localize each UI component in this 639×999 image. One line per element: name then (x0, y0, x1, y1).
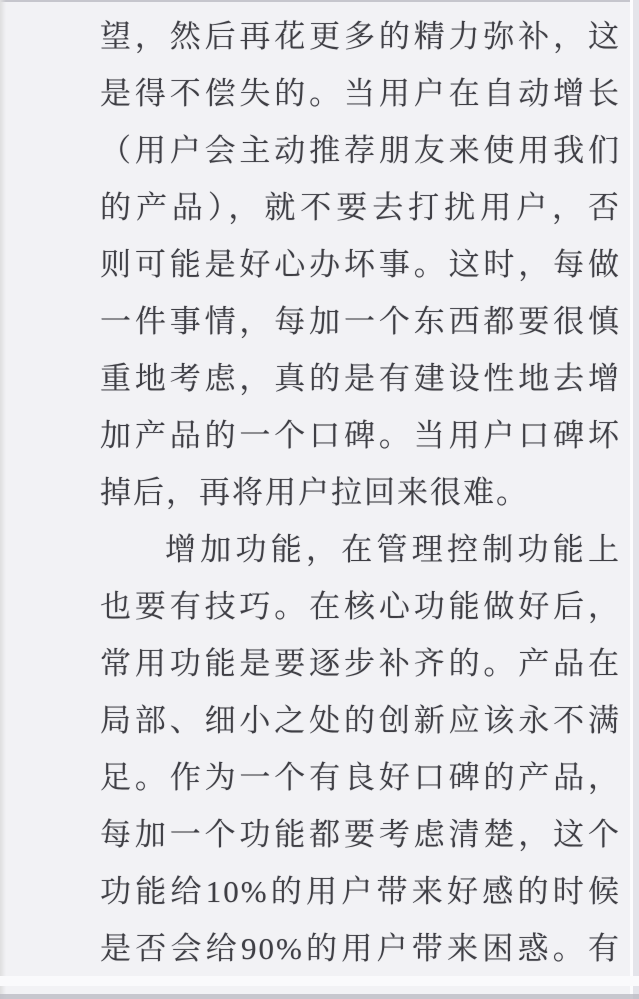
page-edge-bottom (0, 994, 639, 999)
text-line: 每加一个功能都要考虑清楚，这个 (100, 806, 621, 863)
text-line: 是否会给90%的用户带来困惑。有 (100, 920, 621, 977)
text-line: 掉后，再将用户拉回来很难。 (100, 464, 621, 521)
text-line: 重地考虑，真的是有建设性地去增 (100, 350, 621, 407)
text-line: 是得不偿失的。当用户在自动增长 (100, 65, 621, 122)
text-line: 加产品的一个口碑。当用户口碑坏 (100, 407, 621, 464)
text-line: 的产品），就不要去打扰用户，否 (100, 179, 621, 236)
text-line: 常用功能是要逐步补齐的。产品在 (100, 635, 621, 692)
page-edge-bottom-highlight (0, 976, 639, 986)
text-line: （用户会主动推荐朋友来使用我们 (100, 122, 621, 179)
page-edge-top (0, 0, 639, 2)
text-line: 足。作为一个有良好口碑的产品， (100, 749, 621, 806)
page-edge-left (0, 0, 6, 999)
text-line: 增加功能，在管理控制功能上 (100, 521, 621, 578)
text-line: 也要有技巧。在核心功能做好后， (100, 578, 621, 635)
page-edge-right (633, 0, 639, 999)
book-page-photo: { "page": { "background": "#f2f2f5", "te… (0, 0, 639, 999)
text-line: 望，然后再花更多的精力弥补，这 (100, 8, 621, 65)
text-line: 一件事情，每加一个东西都要很慎 (100, 293, 621, 350)
text-line: 功能给10%的用户带来好感的时候 (100, 863, 621, 920)
text-line: 局部、细小之处的创新应该永不满 (100, 692, 621, 749)
page-text: 望，然后再花更多的精力弥补，这是得不偿失的。当用户在自动增长（用户会主动推荐朋友… (100, 8, 621, 977)
text-line: 则可能是好心办坏事。这时，每做 (100, 236, 621, 293)
